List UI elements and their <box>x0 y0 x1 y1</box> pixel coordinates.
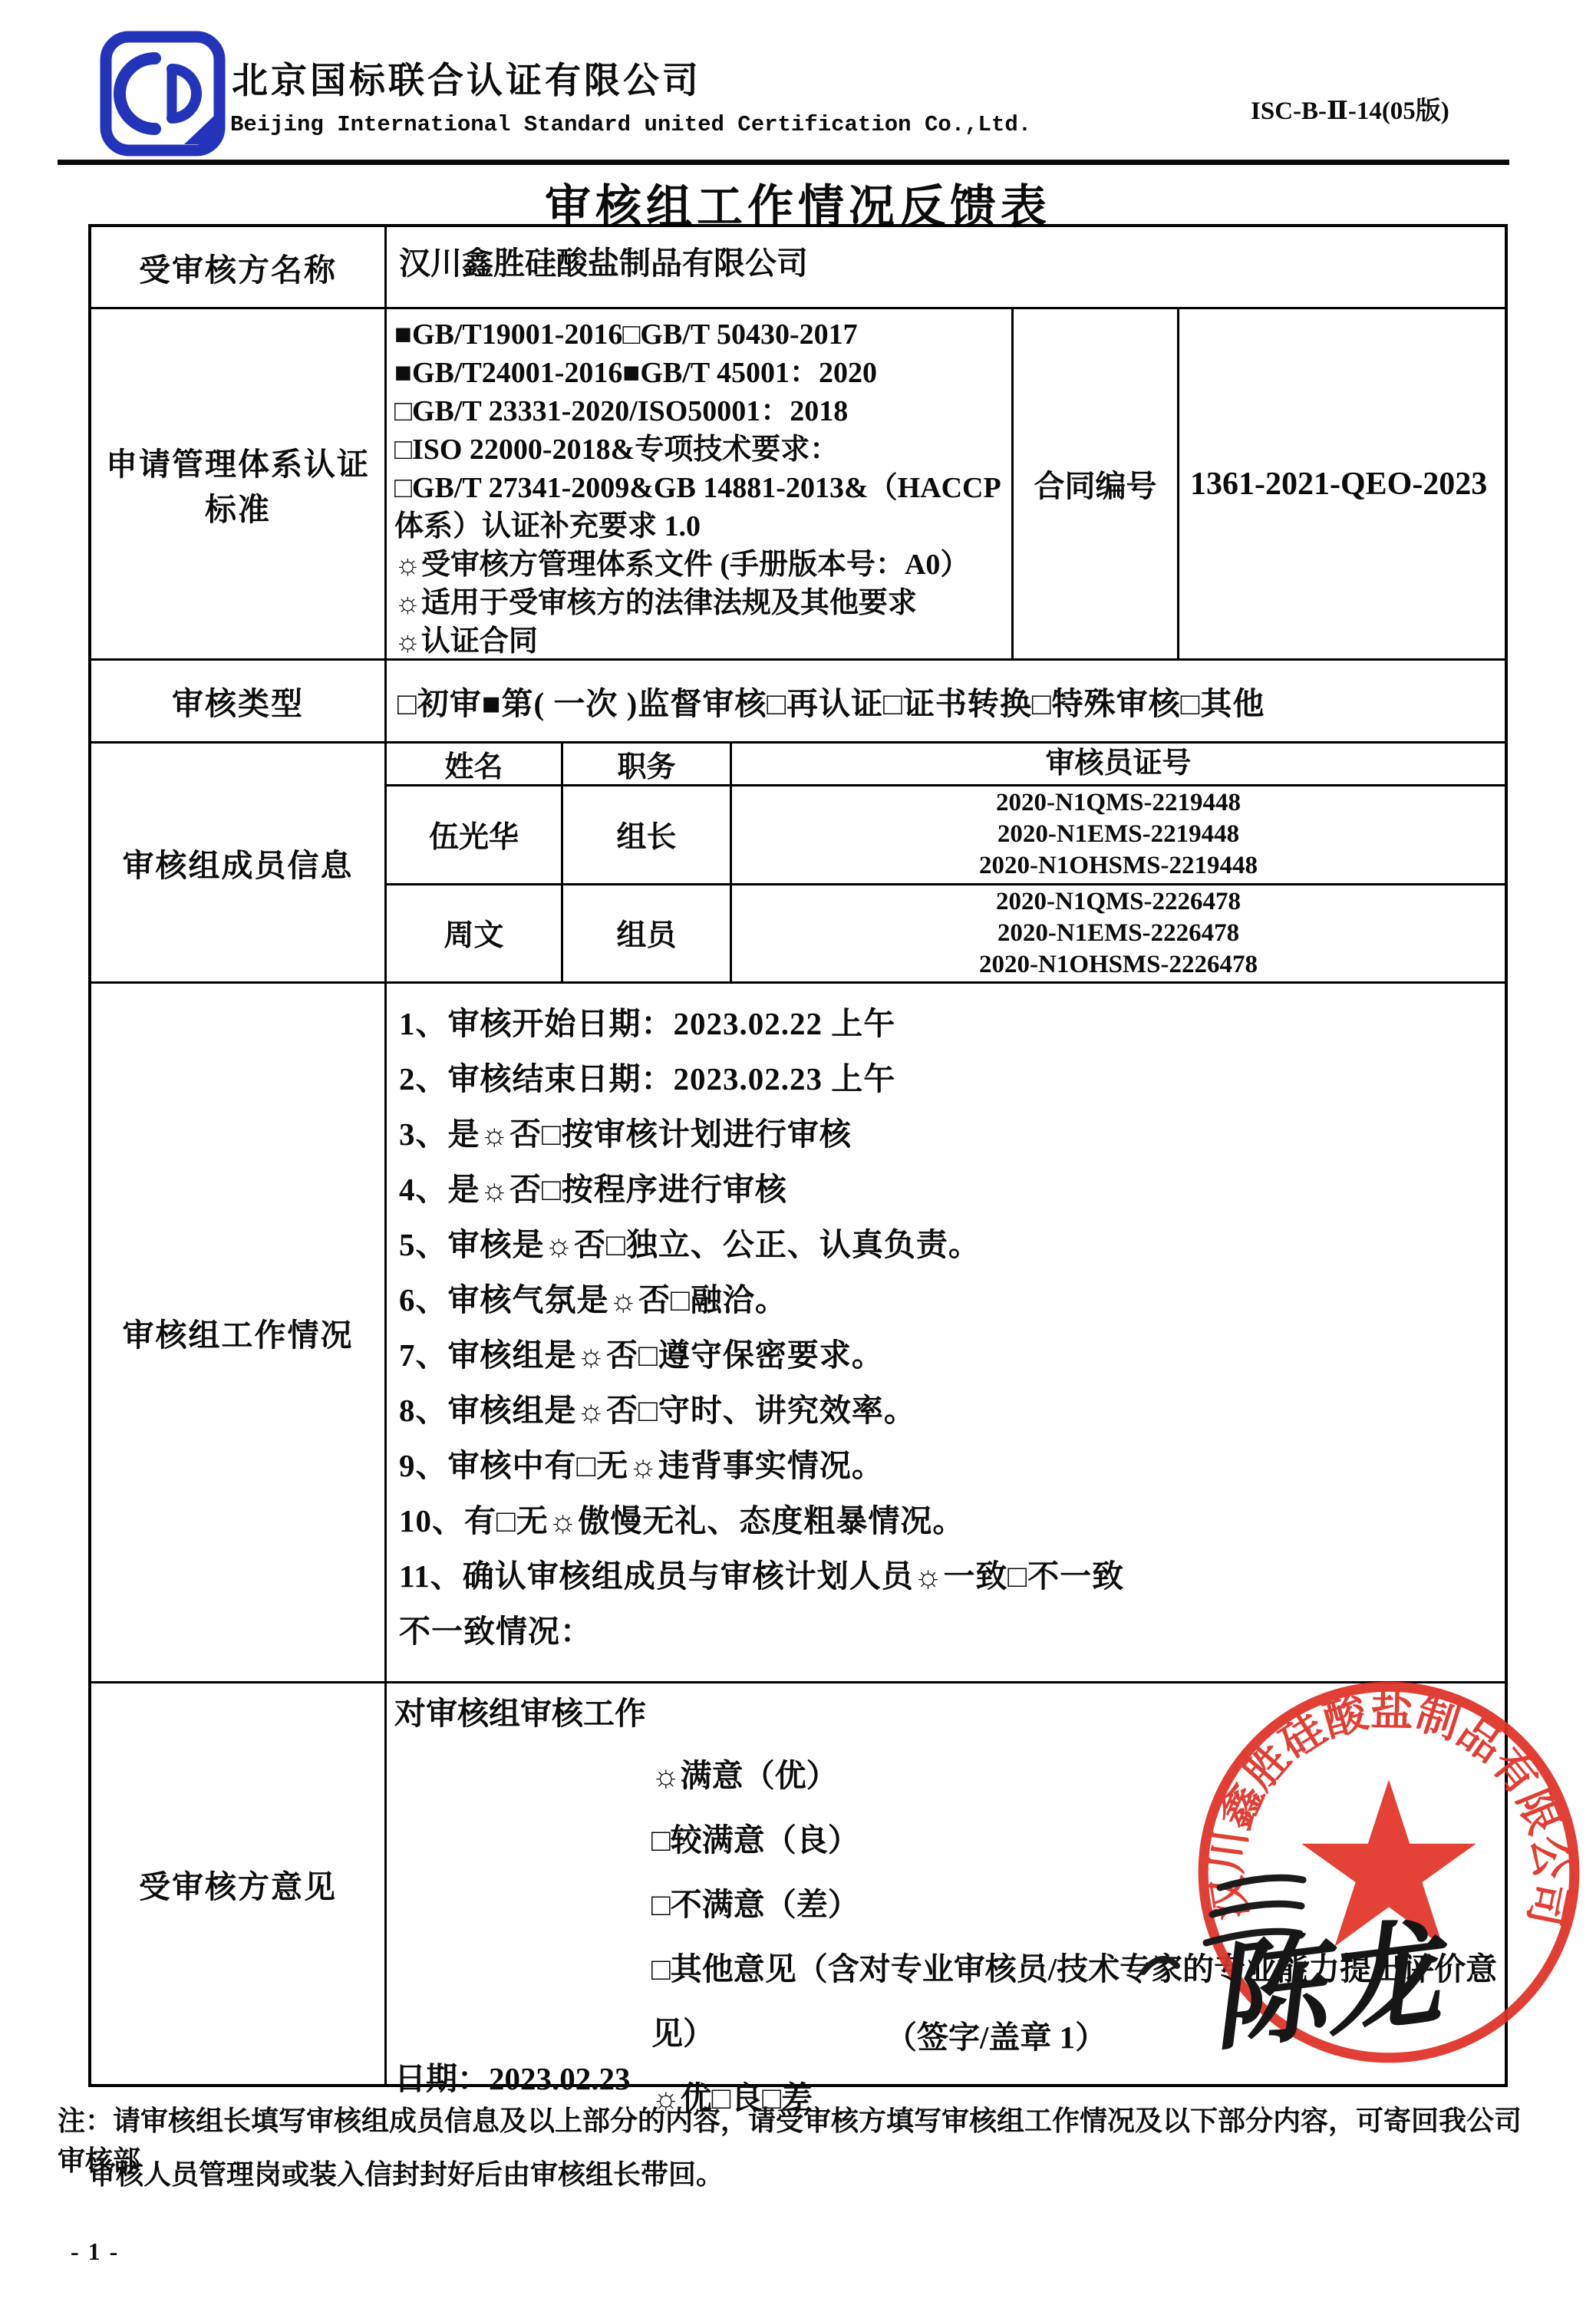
work-item: 2、审核结束日期：2023.02.23 上午 <box>399 1051 1505 1106</box>
standard-line: ■GB/T24001-2016■GB/T 45001：2020 <box>394 354 1008 392</box>
contract-no-label: 合同编号 <box>1014 309 1179 658</box>
work-item: 不一致情况： <box>399 1604 1505 1659</box>
audit-type-value: □初审■第( 一次 )监督审核□再认证□证书转换□特殊审核□其他 <box>387 661 1505 741</box>
members-body: 伍光华组长2020-N1QMS-22194482020-N1EMS-221944… <box>387 786 1505 981</box>
date-value: 2023.02.23 <box>489 2061 631 2096</box>
member-row: 周文组员2020-N1QMS-22264782020-N1EMS-2226478… <box>387 885 1505 982</box>
member-cert-no: 2020-N1EMS-2226478 <box>998 918 1239 949</box>
standard-line: ☼受审核方管理体系文件 (手册版本号：A0） <box>394 546 1008 584</box>
certification-row: 申请管理体系认证标准 ■GB/T19001-2016□GB/T 50430-20… <box>91 307 1505 658</box>
member-cert-no: 2020-N1OHSMS-2226478 <box>979 949 1258 981</box>
members-col-name: 姓名 <box>387 744 563 784</box>
auditee-name: 汉川鑫胜硅酸盐制品有限公司 <box>387 227 1505 307</box>
sign-stamp-label: （签字/盖章 1） <box>885 2012 1106 2057</box>
members-header-row: 姓名 职务 审核员证号 <box>387 744 1505 786</box>
member-cert-no: 2020-N1QMS-2219448 <box>996 787 1241 819</box>
contract-no-value: 1361-2021-QEO-2023 <box>1179 309 1505 658</box>
work-item: 4、是☼否□按程序进行审核 <box>399 1162 1505 1217</box>
certification-body-logo-icon <box>98 29 227 158</box>
page-number: - 1 - <box>71 2237 119 2266</box>
auditee-row: 受审核方名称 汉川鑫胜硅酸盐制品有限公司 <box>91 227 1505 307</box>
footer-note-line2: 审核人员管理岗或装入信封封好后由审核组长带回。 <box>88 2153 1569 2192</box>
standard-line: □GB/T 23331-2020/ISO50001：2018 <box>394 392 1008 430</box>
member-role: 组长 <box>563 786 732 883</box>
signature-text: 陈龙 <box>1202 1904 1459 2067</box>
standard-line: ☼适用于受审核方的法律法规及其他要求 <box>394 584 1008 622</box>
work-item: 3、是☼否□按审核计划进行审核 <box>399 1106 1505 1162</box>
opinion-label: 受审核方意见 <box>91 1683 387 2084</box>
header-divider <box>58 160 1509 165</box>
document-code: ISC-B-Ⅱ-14(05版) <box>1251 91 1449 127</box>
team-members-label: 审核组成员信息 <box>91 744 387 981</box>
team-members-row: 审核组成员信息 姓名 职务 审核员证号 伍光华组长2020-N1QMS-2219… <box>91 741 1505 981</box>
work-item: 8、审核组是☼否□守时、讲究效率。 <box>399 1383 1505 1438</box>
work-situation-row: 审核组工作情况 1、审核开始日期：2023.02.22 上午2、审核结束日期：2… <box>91 981 1505 1681</box>
standard-line: □GB/T 27341-2009&GB 14881-2013&（HACCP体系）… <box>394 469 1008 546</box>
company-name-en: Beijing International Standard united Ce… <box>230 112 1031 137</box>
auditee-label: 受审核方名称 <box>91 227 387 307</box>
member-row: 伍光华组长2020-N1QMS-22194482020-N1EMS-221944… <box>387 786 1505 885</box>
work-item: 11、确认审核组成员与审核计划人员☼一致□不一致 <box>399 1548 1505 1604</box>
standards-list: ■GB/T19001-2016□GB/T 50430-2017■GB/T2400… <box>387 309 1014 658</box>
work-item: 9、审核中有□无☼违背事实情况。 <box>399 1438 1505 1493</box>
standard-line: ■GB/T19001-2016□GB/T 50430-2017 <box>394 315 1008 354</box>
work-item: 7、审核组是☼否□遵守保密要求。 <box>399 1327 1505 1383</box>
member-certs: 2020-N1QMS-22264782020-N1EMS-22264782020… <box>732 885 1505 982</box>
document-page: 北京国标联合认证有限公司 Beijing International Stand… <box>0 0 1596 2305</box>
opinion-date: 日期：2023.02.23 <box>394 2053 631 2099</box>
certification-label: 申请管理体系认证标准 <box>91 309 387 658</box>
date-label: 日期： <box>394 2061 489 2096</box>
members-col-role: 职务 <box>563 744 732 784</box>
member-cert-no: 2020-N1QMS-2226478 <box>996 886 1241 918</box>
work-items-list: 1、审核开始日期：2023.02.22 上午2、审核结束日期：2023.02.2… <box>387 984 1505 1681</box>
standard-line: ☼认证合同 <box>394 622 1008 661</box>
member-certs: 2020-N1QMS-22194482020-N1EMS-22194482020… <box>732 786 1505 883</box>
work-item: 5、审核是☼否□独立、公正、认真负责。 <box>399 1217 1505 1272</box>
member-role: 组员 <box>563 885 732 982</box>
company-name-cn: 北京国标联合认证有限公司 <box>232 52 701 104</box>
work-situation-label: 审核组工作情况 <box>91 984 387 1681</box>
audit-type-label: 审核类型 <box>91 661 387 741</box>
member-name: 伍光华 <box>387 786 563 883</box>
work-item: 10、有□无☼傲慢无礼、态度粗暴情况。 <box>399 1493 1505 1548</box>
audit-type-row: 审核类型 □初审■第( 一次 )监督审核□再认证□证书转换□特殊审核□其他 <box>91 658 1505 741</box>
work-item: 1、审核开始日期：2023.02.22 上午 <box>399 996 1505 1051</box>
member-cert-no: 2020-N1EMS-2219448 <box>998 819 1239 850</box>
members-subtable: 姓名 职务 审核员证号 伍光华组长2020-N1QMS-22194482020-… <box>387 744 1505 981</box>
members-col-cert: 审核员证号 <box>732 744 1505 784</box>
standard-line: □ISO 22000-2018&专项技术要求： <box>394 430 1008 469</box>
work-item: 6、审核气氛是☼否□融洽。 <box>399 1272 1505 1327</box>
member-name: 周文 <box>387 885 563 982</box>
opinion-heading: 对审核组审核工作 <box>394 1688 646 1733</box>
handwritten-signature: 陈龙 <box>1097 1842 1596 2087</box>
member-cert-no: 2020-N1OHSMS-2219448 <box>979 850 1258 882</box>
